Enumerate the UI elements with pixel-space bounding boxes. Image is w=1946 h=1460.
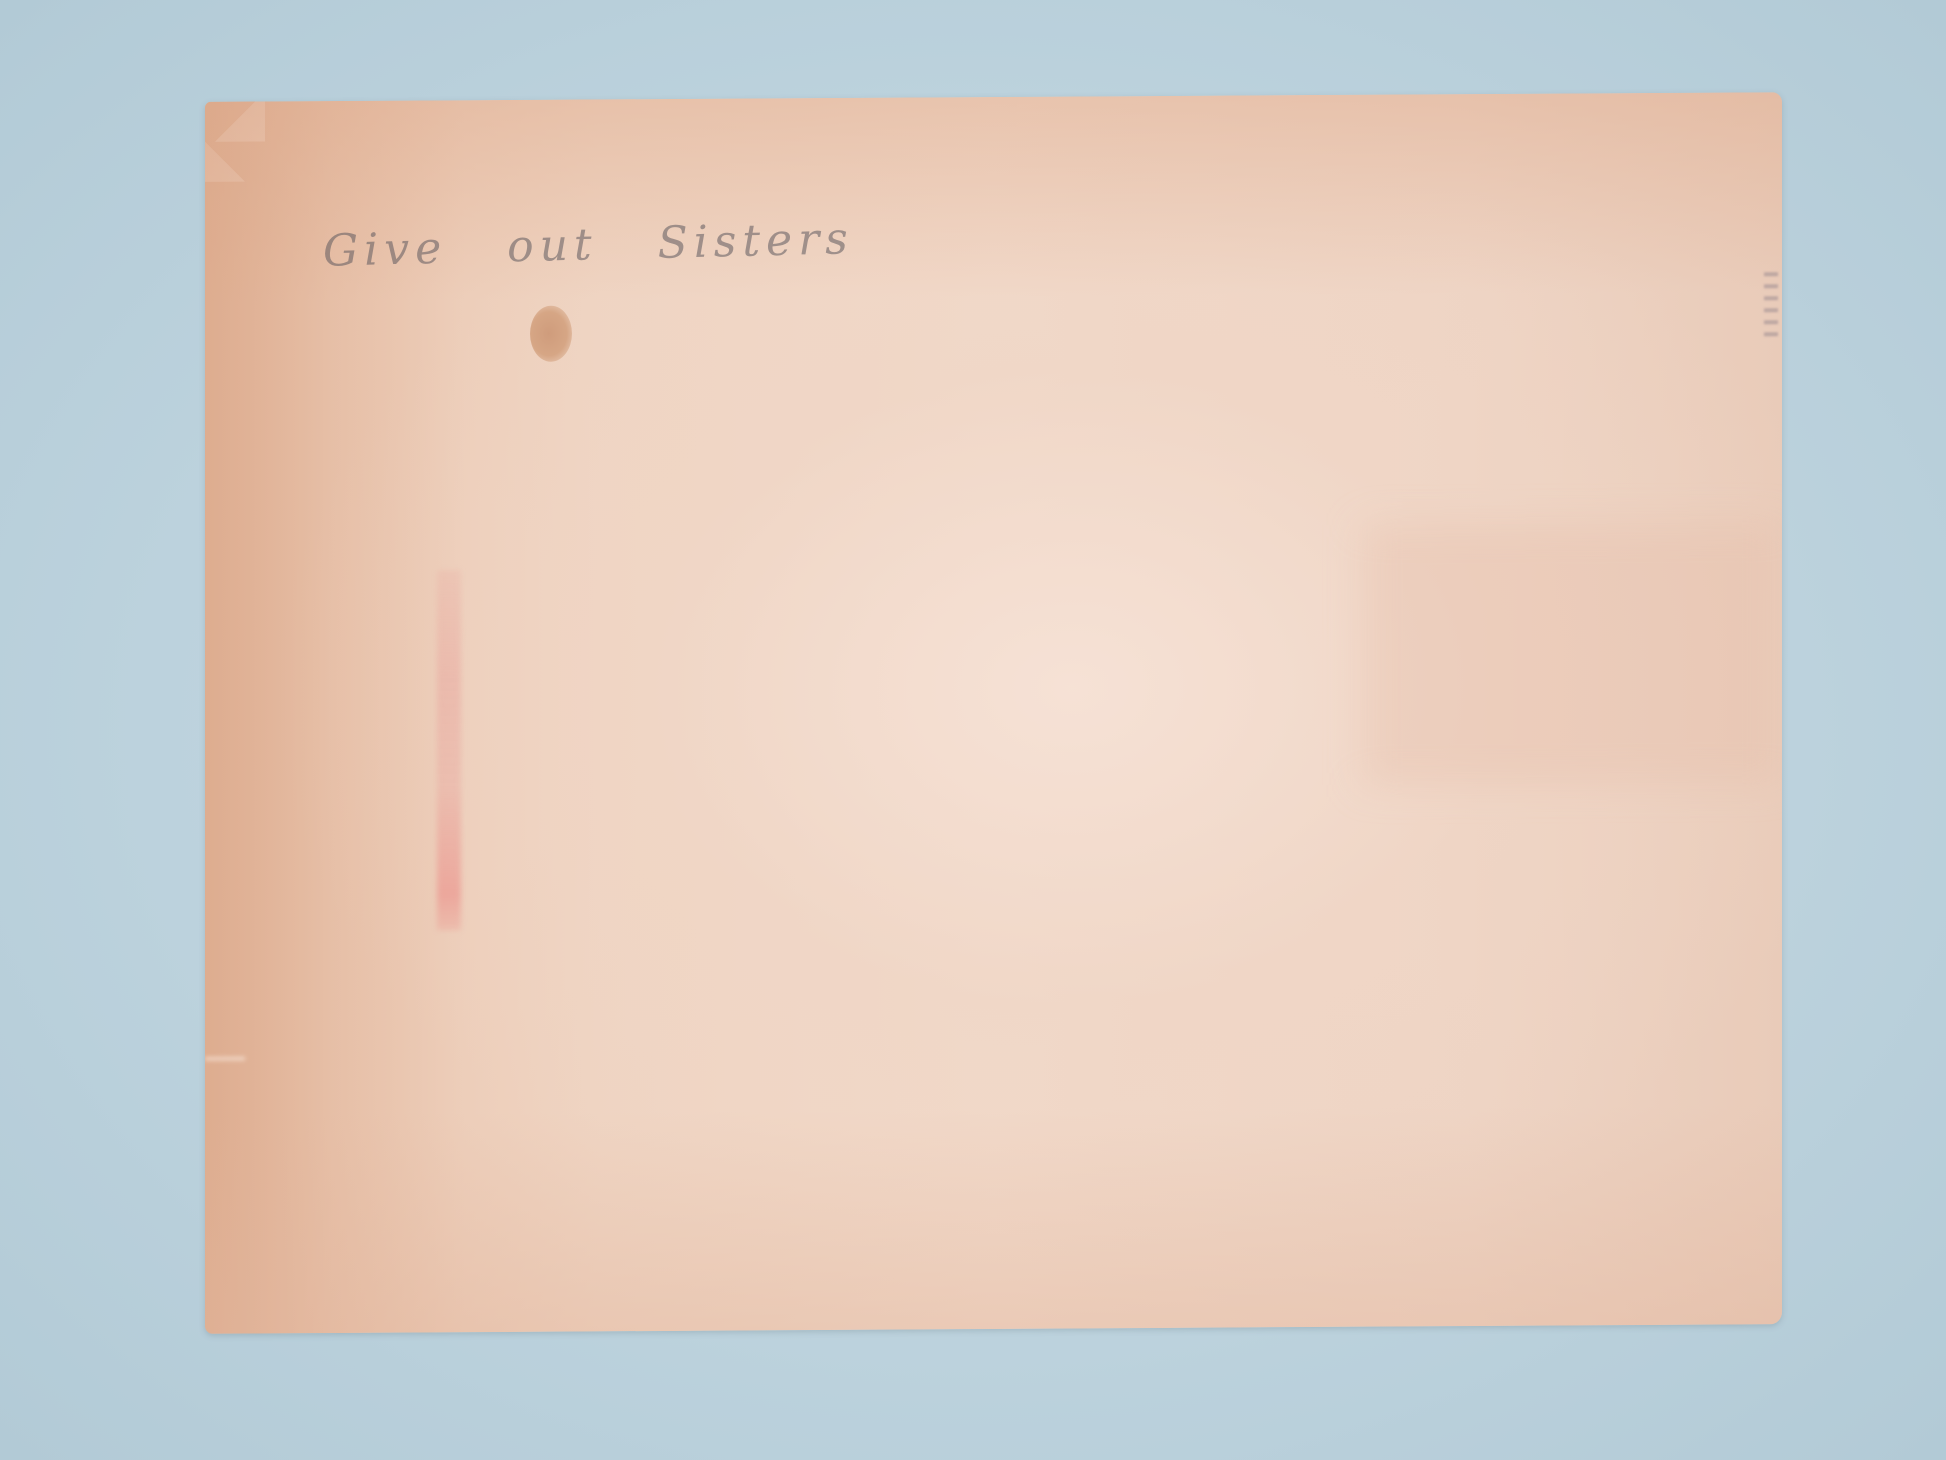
faint-red-mark [437, 570, 461, 930]
aging-tone-bottom [205, 1104, 1782, 1334]
crease-left-edge [205, 1057, 245, 1061]
aging-tone-right-band [1362, 522, 1782, 785]
paper-card: Give out Sisters [205, 92, 1782, 1334]
stain-spot [530, 306, 572, 362]
edge-ink-marks [1764, 272, 1778, 342]
